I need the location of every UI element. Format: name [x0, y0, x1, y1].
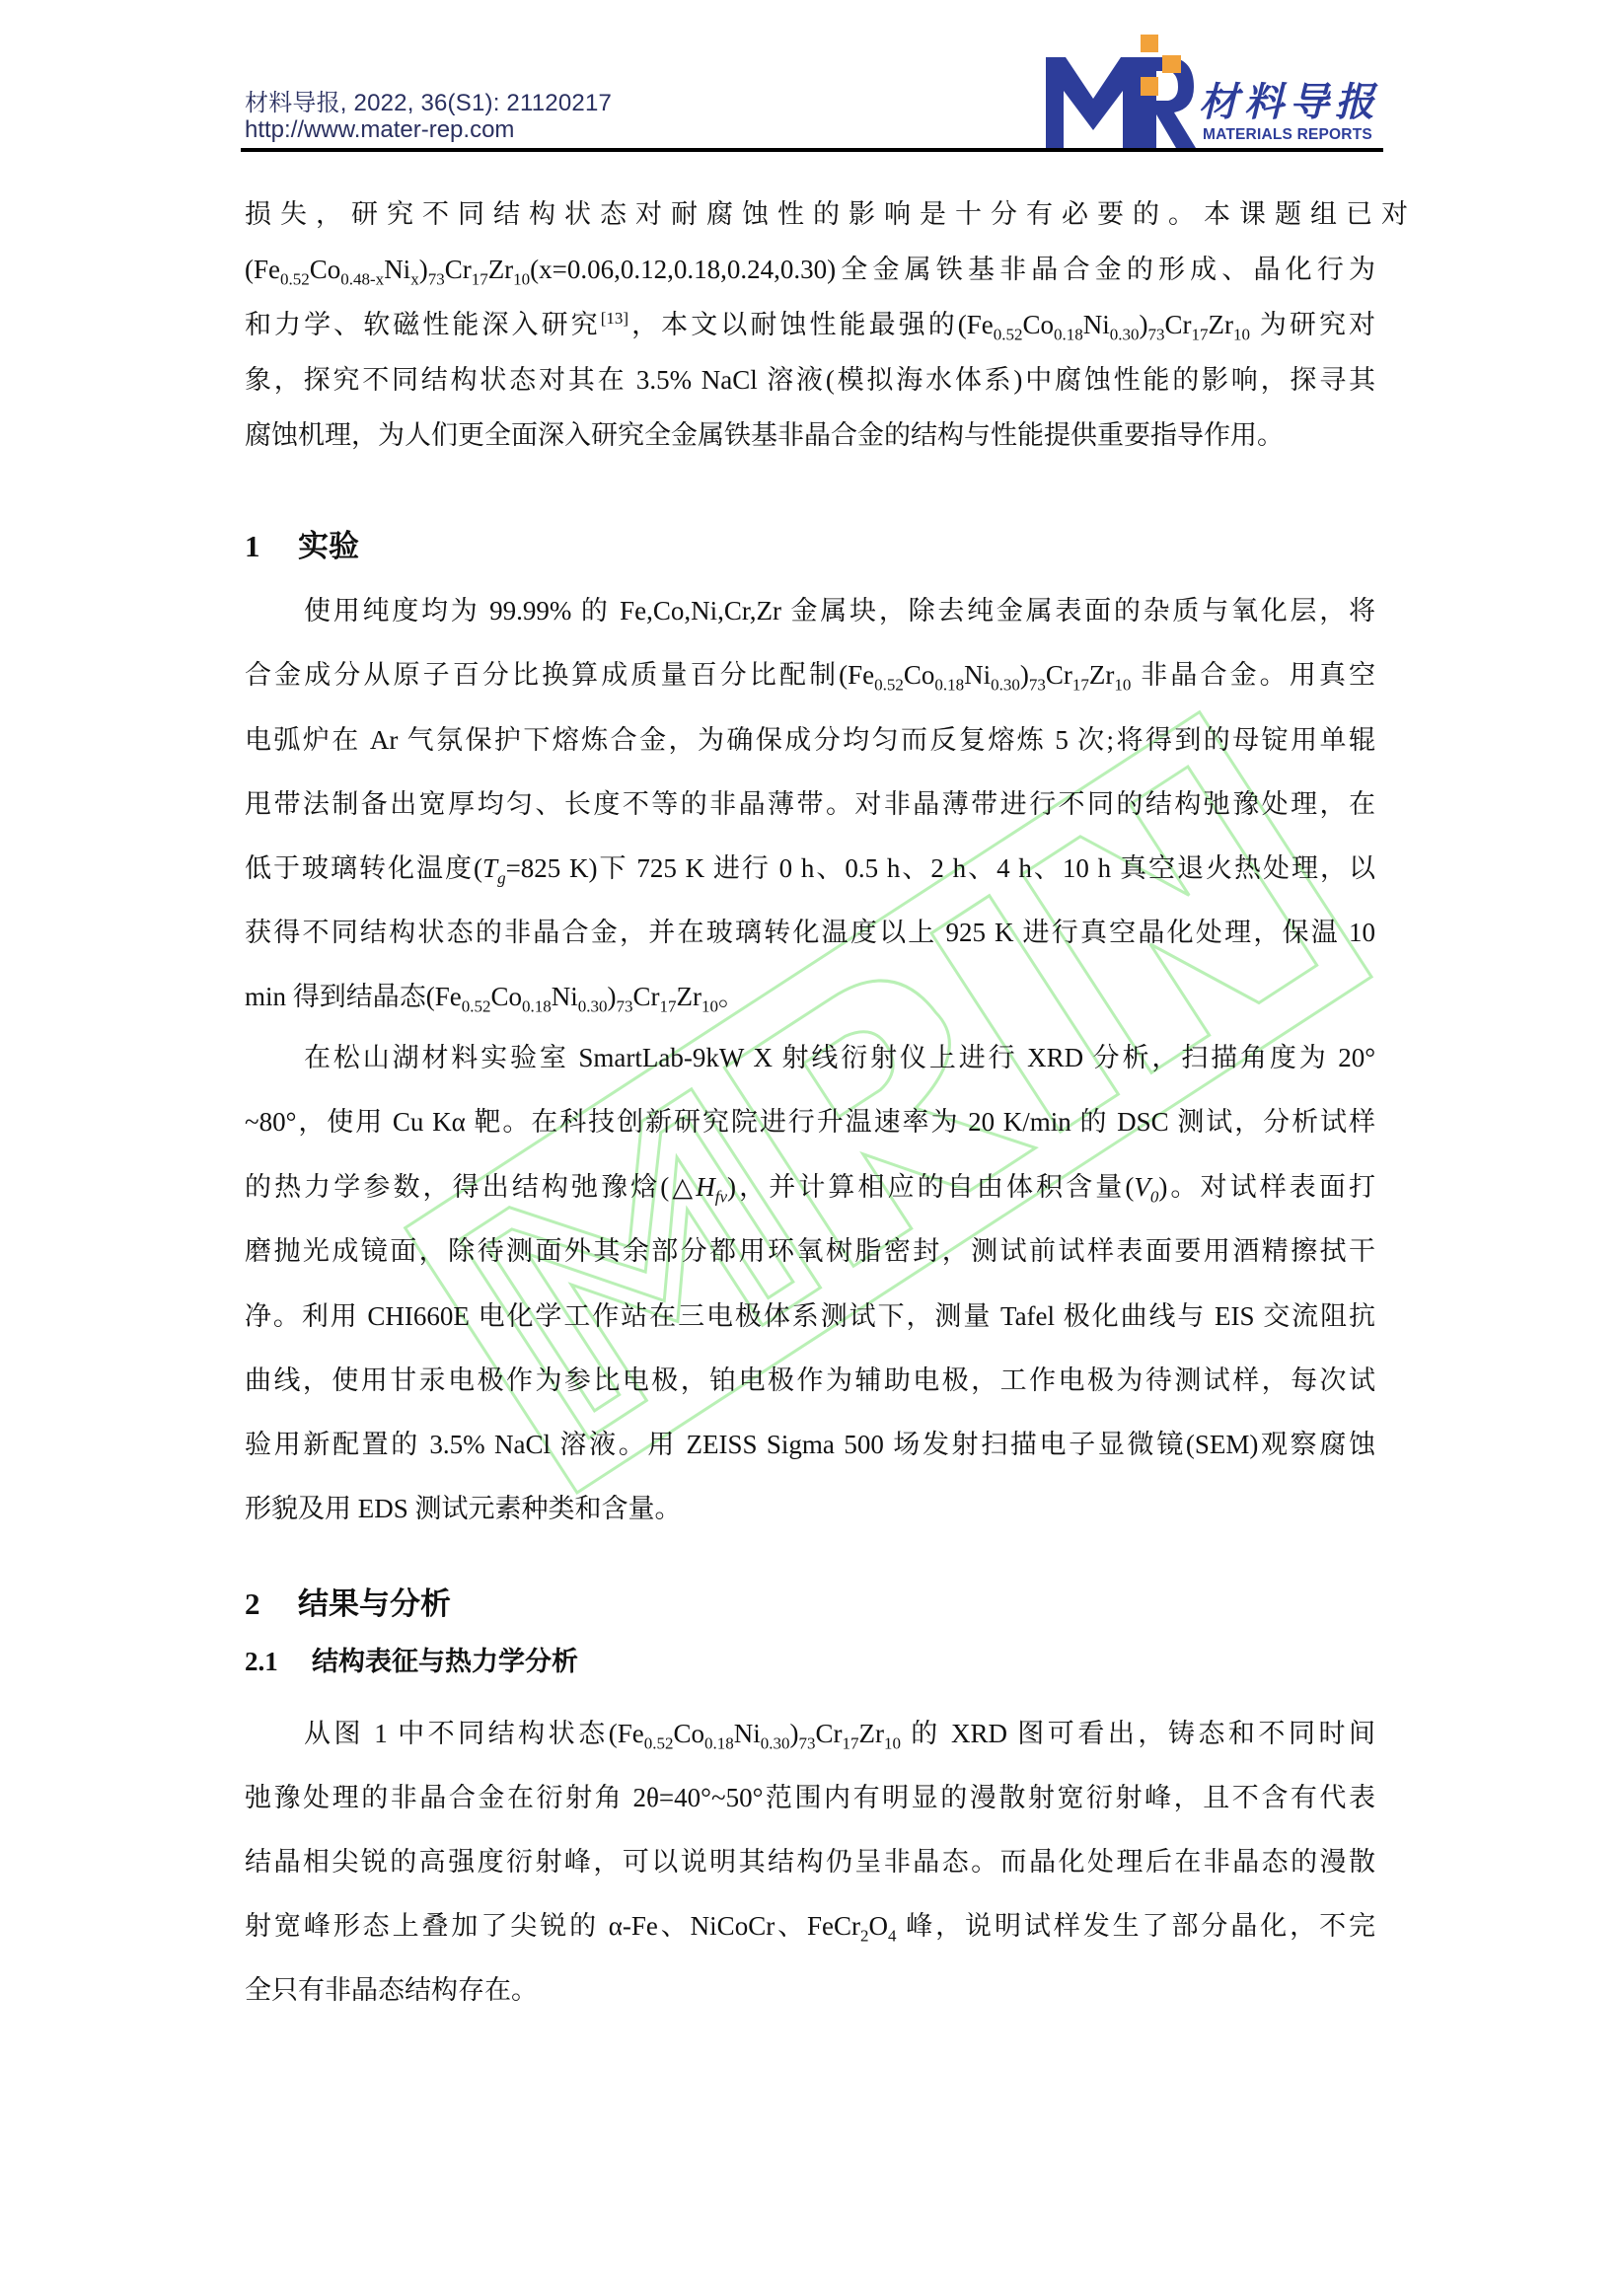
paragraph-line: 全只有非晶态结构存在。	[245, 1973, 1375, 2007]
paragraph-line: 低于玻璃转化温度(Tg=825 K)下 725 K 进行 0 h、0.5 h、2…	[245, 851, 1375, 885]
paragraph-line: 甩带法制备出宽厚均匀、长度不等的非晶薄带。对非晶薄带进行不同的结构弛豫处理，在	[245, 787, 1375, 821]
paragraph-line: 合金成分从原子百分比换算成质量百分比配制(Fe0.52Co0.18Ni0.30)…	[245, 658, 1375, 692]
paragraph-line: 电弧炉在 Ar 气氛保护下熔炼合金，为确保成分均匀而反复熔炼 5 次;将得到的母…	[245, 723, 1375, 757]
paragraph-line: 净。利用 CHI660E 电化学工作站在三电极体系测试下，测量 Tafel 极化…	[245, 1299, 1375, 1333]
paragraph-line: 形貌及用 EDS 测试元素种类和含量。	[245, 1492, 1375, 1525]
paragraph-line: 从图 1 中不同结构状态(Fe0.52Co0.18Ni0.30)73Cr17Zr…	[304, 1717, 1375, 1750]
paragraph-line: 弛豫处理的非晶合金在衍射角 2θ=40°~50°范围内有明显的漫散射宽衍射峰，且…	[245, 1781, 1375, 1814]
paragraph-line: 结晶相尖锐的高强度衍射峰，可以说明其结构仍呈非晶态。而晶化处理后在非晶态的漫散	[245, 1845, 1375, 1879]
journal-logo-name-en: MATERIALS REPORTS	[1203, 126, 1372, 144]
paragraph-line: 的热力学参数，得出结构弛豫焓(△Hfv)，并计算相应的自由体积含量(V0)。对试…	[245, 1170, 1375, 1204]
section-heading-2: 2结果与分析	[245, 1579, 451, 1623]
paragraph-line: (Fe0.52Co0.48-xNix)73Cr17Zr10(x=0.06,0.1…	[245, 253, 1375, 286]
paragraph-line: 象，探究不同结构状态对其在 3.5% NaCl 溶液(模拟海水体系)中腐蚀性能的…	[245, 363, 1375, 397]
citation-ref[interactable]: [13]	[601, 309, 628, 328]
paragraph-line: 射宽峰形态上叠加了尖锐的 α-Fe、NiCoCr、FeCr2O4 峰，说明试样发…	[245, 1909, 1375, 1943]
paragraph-line: 腐蚀机理，为人们更全面深入研究全金属铁基非晶合金的结构与性能提供重要指导作用。	[245, 418, 1375, 452]
subsection-heading-2-1: 2.1结构表征与热力学分析	[245, 1640, 578, 1678]
paragraph-line: 使用纯度均为 99.99% 的 Fe,Co,Ni,Cr,Zr 金属块，除去纯金属…	[304, 594, 1375, 627]
paragraph-line: 获得不同结构状态的非晶合金，并在玻璃转化温度以上 925 K 进行真空晶化处理，…	[245, 916, 1375, 949]
paragraph-line: 磨抛光成镜面，除待测面外其余部分都用环氧树脂密封，测试前试样表面要用酒精擦拭干	[245, 1234, 1375, 1268]
journal-citation: 材料导报, 2022, 36(S1): 21120217	[245, 83, 612, 117]
journal-logo-name-cn: 材料导报	[1199, 71, 1380, 127]
paragraph-line: 损失，研究不同结构状态对耐腐蚀性的影响是十分有必要的。本课题组已对	[245, 197, 1375, 231]
document-page: 材料导报, 2022, 36(S1): 21120217 http://www.…	[0, 0, 1624, 2285]
paragraph-line: 曲线，使用甘汞电极作为参比电极，铂电极作为辅助电极，工作电极为待测试样，每次试	[245, 1364, 1375, 1397]
paragraph-line: 和力学、软磁性能深入研究[13]，本文以耐蚀性能最强的(Fe0.52Co0.18…	[245, 308, 1375, 341]
section-heading-1: 1实验	[245, 521, 359, 565]
header-divider	[241, 148, 1383, 152]
paragraph-line: 验用新配置的 3.5% NaCl 溶液。用 ZEISS Sigma 500 场发…	[245, 1428, 1375, 1461]
paragraph-line: ~80°，使用 Cu Kα 靶。在科技创新研究院进行升温速率为 20 K/min…	[245, 1105, 1375, 1139]
journal-url[interactable]: http://www.mater-rep.com	[245, 116, 514, 144]
paragraph-line: 在松山湖材料实验室 SmartLab-9kW X 射线衍射仪上进行 XRD 分析…	[304, 1041, 1375, 1074]
paragraph-line: min 得到结晶态(Fe0.52Co0.18Ni0.30)73Cr17Zr10。	[245, 980, 1375, 1013]
